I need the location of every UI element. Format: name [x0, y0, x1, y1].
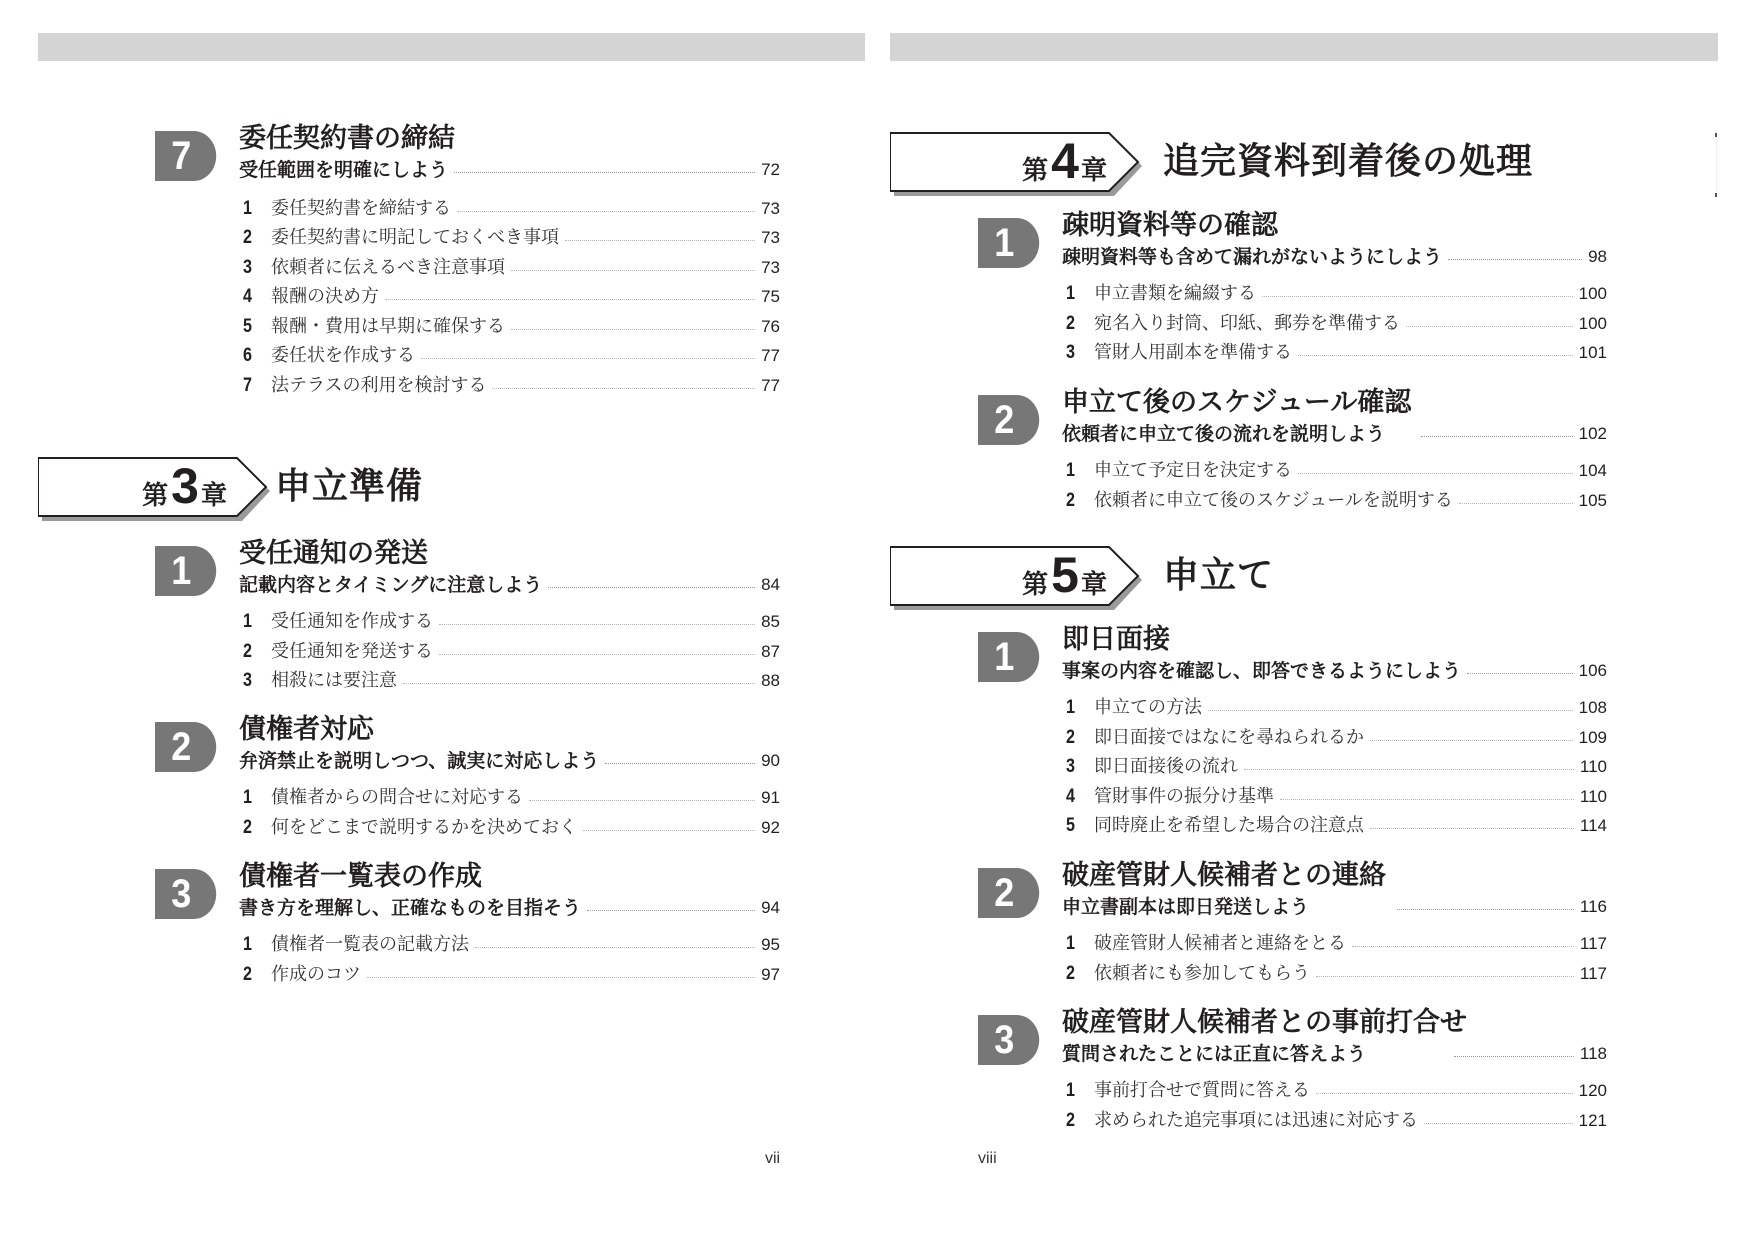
page-number: 76: [761, 314, 780, 340]
toc-item[interactable]: 2即日面接ではなにを尋ねられるか109: [1066, 725, 1607, 751]
item-text: 依頼者に伝えるべき注意事項: [271, 255, 505, 281]
toc-item[interactable]: 1破産管財人候補者と連絡をとる117: [1066, 931, 1607, 957]
toc-item[interactable]: 5報酬・費用は早期に確保する76: [243, 314, 780, 340]
toc-section: 3 破産管財人候補者との事前打合せ 質問されたことには正直に答えよう 118 1…: [978, 1015, 1608, 1135]
dot-leader: [565, 240, 755, 241]
page-folio: viii: [978, 1150, 997, 1168]
item-text: 管財事件の振分け基準: [1094, 784, 1274, 810]
page-number: 73: [761, 196, 780, 222]
item-number: 2: [243, 225, 267, 251]
toc-item[interactable]: 4管財事件の振分け基準110: [1066, 784, 1607, 810]
section-number-badge: 2: [978, 395, 1039, 445]
section-lead-entry[interactable]: 申立書副本は即日発送しよう 116: [1062, 895, 1607, 919]
left-header-bar: [38, 33, 865, 61]
toc-section-7: 7 委任契約書の締結 受任範囲を明確にしよう 72 1委任契約書を締結する73 …: [155, 131, 780, 391]
item-number: 1: [243, 609, 267, 635]
toc-item[interactable]: 1債権者からの問合せに対応する91: [243, 785, 780, 811]
section-title[interactable]: 委任契約書の締結: [239, 123, 455, 155]
section-title[interactable]: 疎明資料等の確認: [1062, 210, 1278, 242]
page-number: 98: [1588, 245, 1607, 269]
toc-item[interactable]: 2委任契約書に明記しておくべき事項73: [243, 225, 780, 251]
section-title[interactable]: 破産管財人候補者との連絡: [1062, 860, 1386, 892]
section-lead-text: 事案の内容を確認し、即答できるようにしよう: [1062, 659, 1461, 683]
page-number: 85: [761, 609, 780, 635]
page-number: 118: [1580, 1042, 1607, 1066]
toc-section: 2 債権者対応 弁済禁止を説明しつつ、誠実に対応しよう 90 1債権者からの問合…: [155, 722, 780, 842]
toc-item[interactable]: 1委任契約書を締結する73: [243, 196, 780, 222]
dot-leader: [1424, 1123, 1573, 1124]
item-text: 受任通知を作成する: [271, 609, 433, 635]
section-number-badge: 7: [155, 131, 216, 181]
item-text: 委任状を作成する: [271, 343, 415, 369]
page-number: 73: [761, 255, 780, 281]
item-number: 2: [1066, 311, 1090, 337]
dot-leader: [439, 654, 755, 655]
toc-item[interactable]: 2作成のコツ97: [243, 962, 780, 988]
section-number-badge: 1: [978, 218, 1039, 268]
section-lead-entry[interactable]: 書き方を理解し、正確なものを目指そう 94: [239, 896, 780, 920]
right-header-bar: [890, 33, 1718, 61]
page-number: 97: [761, 962, 780, 988]
toc-item[interactable]: 2求められた追完事項には迅速に対応する121: [1066, 1108, 1607, 1134]
item-number: 2: [243, 962, 267, 988]
section-lead-text: 書き方を理解し、正確なものを目指そう: [239, 896, 581, 920]
item-number: 1: [243, 932, 267, 958]
page-number: 105: [1579, 488, 1607, 514]
toc-section: 2 申立て後のスケジュール確認 依頼者に申立て後の流れを説明しよう 102 1申…: [978, 395, 1608, 515]
chapter-number: 4: [1051, 136, 1078, 186]
toc-item[interactable]: 2依頼者に申立て後のスケジュールを説明する105: [1066, 488, 1607, 514]
dot-leader: [529, 800, 755, 801]
item-text: 相殺には要注意: [271, 668, 397, 694]
page-number: 90: [761, 749, 780, 773]
toc-item[interactable]: 4報酬の決め方75: [243, 284, 780, 310]
toc-item[interactable]: 1債権者一覧表の記載方法95: [243, 932, 780, 958]
dot-leader: [1316, 976, 1574, 977]
dot-leader: [367, 977, 755, 978]
toc-section: 3 債権者一覧表の作成 書き方を理解し、正確なものを目指そう 94 1債権者一覧…: [155, 869, 780, 989]
page-number: 100: [1579, 311, 1607, 337]
chapter-4-banner[interactable]: 第 4 章: [890, 132, 1150, 192]
dot-leader: [548, 587, 755, 588]
item-number: 3: [1066, 754, 1090, 780]
dot-leader: [1244, 769, 1574, 770]
page-number: 121: [1579, 1108, 1607, 1134]
dot-leader: [1208, 710, 1573, 711]
chapter-number: 5: [1051, 550, 1078, 600]
crop-mark: [1716, 133, 1717, 197]
item-text: 依頼者にも参加してもらう: [1094, 961, 1310, 987]
dot-leader: [439, 624, 755, 625]
section-number-badge: 3: [978, 1015, 1039, 1065]
page-number: 114: [1580, 813, 1607, 839]
section-lead-text: 記載内容とタイミングに注意しよう: [239, 573, 542, 597]
page-number: 84: [761, 573, 780, 597]
section-title[interactable]: 即日面接: [1062, 624, 1170, 656]
page-number: 120: [1579, 1078, 1607, 1104]
item-text: 依頼者に申立て後のスケジュールを説明する: [1094, 488, 1453, 514]
dot-leader: [492, 388, 755, 389]
page-number: 110: [1580, 754, 1607, 780]
toc-item[interactable]: 3即日面接後の流れ110: [1066, 754, 1607, 780]
dot-leader: [1448, 259, 1582, 260]
item-text: 事前打合せで質問に答える: [1094, 1078, 1310, 1104]
section-lead-text: 申立書副本は即日発送しよう: [1062, 895, 1309, 919]
toc-item[interactable]: 2受任通知を発送する87: [243, 639, 780, 665]
dot-leader: [403, 683, 755, 684]
dot-leader: [1280, 799, 1574, 800]
item-number: 1: [243, 196, 267, 222]
dot-leader: [1454, 1056, 1574, 1057]
dot-leader: [1298, 473, 1573, 474]
dot-leader: [587, 910, 755, 911]
page-number: 116: [1580, 895, 1607, 919]
page-number: 94: [761, 896, 780, 920]
item-number: 4: [1066, 784, 1090, 810]
dot-leader: [1406, 326, 1573, 327]
dot-leader: [1397, 909, 1574, 910]
page-number: 77: [761, 373, 780, 399]
page-number: 104: [1579, 458, 1607, 484]
section-lead-text: 疎明資料等も含めて漏れがないようにしよう: [1062, 245, 1442, 269]
item-number: 2: [1066, 488, 1090, 514]
section-lead-entry[interactable]: 記載内容とタイミングに注意しよう 84: [239, 573, 780, 597]
section-number-badge: 1: [155, 546, 216, 596]
page-number: 110: [1580, 784, 1607, 810]
toc-item[interactable]: 2何をどこまで説明するかを決めておく92: [243, 815, 780, 841]
chapter-5-banner[interactable]: 第 5 章: [890, 546, 1150, 606]
item-text: 債権者一覧表の記載方法: [271, 932, 469, 958]
section-lead-text: 弁済禁止を説明しつつ、誠実に対応しよう: [239, 749, 599, 773]
item-text: 同時廃止を希望した場合の注意点: [1094, 813, 1364, 839]
toc-item[interactable]: 7法テラスの利用を検討する77: [243, 373, 780, 399]
toc-item[interactable]: 2依頼者にも参加してもらう117: [1066, 961, 1607, 987]
section-title[interactable]: 債権者一覧表の作成: [239, 861, 482, 893]
page-number: 73: [761, 225, 780, 251]
toc-item[interactable]: 1事前打合せで質問に答える120: [1066, 1078, 1607, 1104]
section-lead-entry[interactable]: 依頼者に申立て後の流れを説明しよう 102: [1062, 422, 1607, 446]
dot-leader: [1370, 740, 1573, 741]
section-lead-text: 依頼者に申立て後の流れを説明しよう: [1062, 422, 1385, 446]
item-number: 1: [1066, 695, 1090, 721]
item-number: 2: [1066, 725, 1090, 751]
item-text: 申立て予定日を決定する: [1094, 458, 1292, 484]
dot-leader: [1459, 503, 1573, 504]
chapter-title[interactable]: 追完資料到着後の処理: [1163, 142, 1533, 182]
dot-leader: [605, 763, 755, 764]
chapter-title[interactable]: 申立準備: [275, 467, 423, 507]
dot-leader: [1262, 296, 1573, 297]
item-text: 何をどこまで説明するかを決めておく: [271, 815, 577, 841]
section-lead-text: 受任範囲を明確にしよう: [239, 158, 448, 182]
page-number: 92: [761, 815, 780, 841]
dot-leader: [457, 211, 755, 212]
item-number: 2: [243, 815, 267, 841]
item-number: 1: [1066, 931, 1090, 957]
item-text: 作成のコツ: [271, 962, 361, 988]
page-number: 95: [761, 932, 780, 958]
dot-leader: [385, 299, 755, 300]
item-text: 債権者からの問合せに対応する: [271, 785, 523, 811]
dot-leader: [1298, 355, 1573, 356]
section-lead-entry[interactable]: 質問されたことには正直に答えよう 118: [1062, 1042, 1607, 1066]
item-text: 管財人用副本を準備する: [1094, 340, 1292, 366]
dot-leader: [421, 358, 755, 359]
item-text: 求められた追完事項には迅速に対応する: [1094, 1108, 1418, 1134]
toc-item[interactable]: 3管財人用副本を準備する101: [1066, 340, 1607, 366]
page-number: 117: [1580, 931, 1607, 957]
section-number-badge: 2: [978, 868, 1039, 918]
chapter-number-label: 第 5 章: [890, 546, 1110, 606]
section-number-badge: 3: [155, 869, 216, 919]
toc-section: 2 破産管財人候補者との連絡 申立書副本は即日発送しよう 116 1破産管財人候…: [978, 868, 1608, 988]
page-number: 109: [1579, 725, 1607, 751]
section-title[interactable]: 申立て後のスケジュール確認: [1062, 387, 1411, 419]
toc-item[interactable]: 1申立書類を編綴する100: [1066, 281, 1607, 307]
item-text: 破産管財人候補者と連絡をとる: [1094, 931, 1346, 957]
item-number: 2: [1066, 1108, 1090, 1134]
section-title[interactable]: 破産管財人候補者との事前打合せ: [1062, 1007, 1467, 1039]
section-number-badge: 2: [155, 722, 216, 772]
item-number: 7: [243, 373, 267, 399]
section-lead-entry[interactable]: 事案の内容を確認し、即答できるようにしよう 106: [1062, 659, 1607, 683]
dot-leader: [1316, 1093, 1573, 1094]
toc-item[interactable]: 6委任状を作成する77: [243, 343, 780, 369]
item-text: 報酬の決め方: [271, 284, 379, 310]
item-text: 受任通知を発送する: [271, 639, 433, 665]
toc-item[interactable]: 1申立ての方法108: [1066, 695, 1607, 721]
item-text: 法テラスの利用を検討する: [271, 373, 486, 399]
item-number: 1: [243, 785, 267, 811]
chapter-number-label: 第 3 章: [38, 457, 230, 517]
toc-item[interactable]: 3依頼者に伝えるべき注意事項73: [243, 255, 780, 281]
dot-leader: [1421, 436, 1573, 437]
page-number: 102: [1579, 422, 1607, 446]
item-text: 申立ての方法: [1094, 695, 1202, 721]
page-number: 88: [761, 668, 780, 694]
dot-leader: [511, 270, 755, 271]
item-number: 3: [243, 255, 267, 281]
page-folio: vii: [765, 1150, 780, 1168]
dot-leader: [1467, 673, 1573, 674]
item-number: 6: [243, 343, 267, 369]
item-text: 宛名入り封筒、印紙、郵券を準備する: [1094, 311, 1400, 337]
item-text: 即日面接ではなにを尋ねられるか: [1094, 725, 1364, 751]
item-number: 1: [1066, 281, 1090, 307]
dot-leader: [1370, 828, 1574, 829]
page-number: 100: [1579, 281, 1607, 307]
chapter-3-banner[interactable]: 第 3 章: [38, 457, 278, 517]
chapter-title[interactable]: 申立て: [1163, 556, 1274, 596]
dot-leader: [1352, 946, 1574, 947]
page-number: 77: [761, 343, 780, 369]
toc-section: 1 即日面接 事案の内容を確認し、即答できるようにしよう 106 1申立ての方法…: [978, 632, 1608, 842]
page-number: 72: [761, 158, 780, 182]
section-title[interactable]: 受任通知の発送: [239, 538, 428, 570]
page-number: 91: [761, 785, 780, 811]
item-number: 1: [1066, 458, 1090, 484]
page-number: 87: [761, 639, 780, 665]
item-text: 即日面接後の流れ: [1094, 754, 1238, 780]
toc-item[interactable]: 1受任通知を作成する85: [243, 609, 780, 635]
toc-section: 1 疎明資料等の確認 疎明資料等も含めて漏れがないようにしよう 98 1申立書類…: [978, 218, 1608, 368]
item-number: 3: [243, 668, 267, 694]
toc-section: 1 受任通知の発送 記載内容とタイミングに注意しよう 84 1受任通知を作成する…: [155, 546, 780, 696]
section-number-badge: 1: [978, 632, 1039, 682]
item-number: 4: [243, 284, 267, 310]
section-lead-entry[interactable]: 弁済禁止を説明しつつ、誠実に対応しよう 90: [239, 749, 780, 773]
dot-leader: [475, 947, 755, 948]
section-title[interactable]: 債権者対応: [239, 714, 374, 746]
item-number: 5: [1066, 813, 1090, 839]
section-lead-entry[interactable]: 疎明資料等も含めて漏れがないようにしよう 98: [1062, 245, 1607, 269]
chapter-number-label: 第 4 章: [890, 132, 1110, 192]
dot-leader: [583, 830, 755, 831]
section-lead-entry[interactable]: 受任範囲を明確にしよう 72: [239, 158, 780, 182]
page-number: 108: [1579, 695, 1607, 721]
page-number: 101: [1579, 340, 1607, 366]
item-number: 5: [243, 314, 267, 340]
section-lead-text: 質問されたことには正直に答えよう: [1062, 1042, 1366, 1066]
toc-item[interactable]: 1申立て予定日を決定する104: [1066, 458, 1607, 484]
item-number: 3: [1066, 340, 1090, 366]
toc-item[interactable]: 3相殺には要注意88: [243, 668, 780, 694]
dot-leader: [454, 172, 755, 173]
toc-item[interactable]: 5同時廃止を希望した場合の注意点114: [1066, 813, 1607, 839]
item-number: 2: [1066, 961, 1090, 987]
page-number: 75: [761, 284, 780, 310]
item-number: 2: [243, 639, 267, 665]
item-text: 委任契約書に明記しておくべき事項: [271, 225, 559, 251]
item-text: 委任契約書を締結する: [271, 196, 451, 222]
page-number: 106: [1579, 659, 1607, 683]
page-number: 117: [1580, 961, 1607, 987]
dot-leader: [511, 329, 755, 330]
item-number: 1: [1066, 1078, 1090, 1104]
item-text: 報酬・費用は早期に確保する: [271, 314, 505, 340]
item-text: 申立書類を編綴する: [1094, 281, 1256, 307]
chapter-number: 3: [171, 461, 198, 511]
toc-item[interactable]: 2宛名入り封筒、印紙、郵券を準備する100: [1066, 311, 1607, 337]
